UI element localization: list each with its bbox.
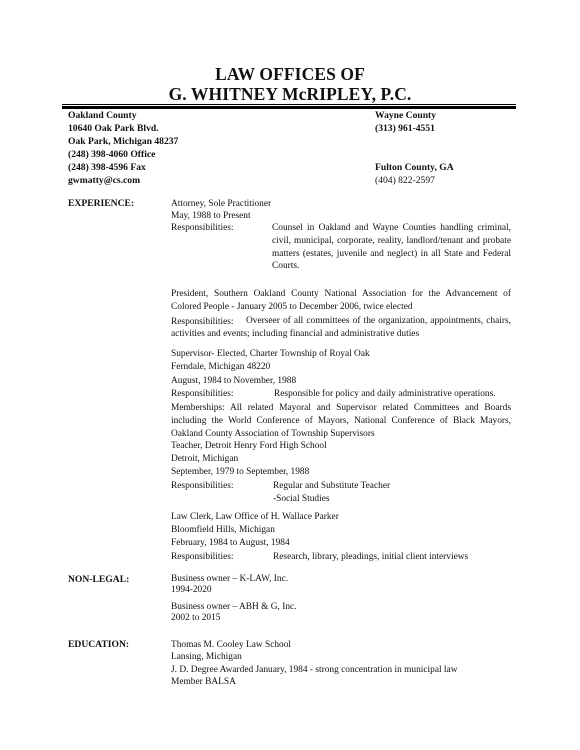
office-phone: (248) 398-4060 Office	[68, 148, 178, 161]
letterhead-title-line2: G. WHITNEY McRIPLEY, P.C.	[0, 84, 580, 105]
responsibilities-text: Regular and Substitute Teacher	[273, 480, 390, 493]
wayne-county-phone: (313) 961-4551	[375, 122, 454, 135]
wayne-county-label: Wayne County	[375, 109, 454, 122]
experience-heading: EXPERIENCE:	[68, 198, 134, 209]
non-legal-entry: Business owner – ABH & G, Inc. 2002 to 2…	[171, 602, 511, 624]
oakland-county-label: Oakland County	[68, 109, 178, 122]
responsibilities-label: Responsibilities:	[171, 551, 273, 564]
entry-location: Bloomfield Hills, Michigan	[171, 524, 511, 537]
responsibilities-label: Responsibilities:	[171, 480, 273, 506]
fulton-county-label: Fulton County, GA	[375, 161, 454, 174]
business-dates: 1994-2020	[171, 585, 511, 596]
entry-location: Detroit, Michigan	[171, 453, 511, 466]
business-title: Business owner – K-LAW, Inc.	[171, 574, 511, 585]
entry-title: Teacher, Detroit Henry Ford High School	[171, 440, 511, 453]
responsibilities-label: Responsibilities:	[171, 388, 274, 401]
degree-text: J. D. Degree Awarded January, 1984 - str…	[171, 664, 531, 676]
experience-entry: President, Southern Oakland County Natio…	[171, 288, 511, 328]
entry-title: Attorney, Sole Practitioner	[171, 198, 511, 210]
entry-title: Supervisor- Elected, Charter Township of…	[171, 348, 511, 361]
header-rule-thin	[62, 104, 516, 105]
business-dates: 2002 to 2015	[171, 613, 511, 624]
entry-dates: September, 1979 to September, 1988	[171, 466, 511, 479]
education-entry: Thomas M. Cooley Law School Lansing, Mic…	[171, 639, 531, 689]
experience-entry: Supervisor- Elected, Charter Township of…	[171, 348, 511, 441]
entry-title: Law Clerk, Law Office of H. Wallace Park…	[171, 511, 511, 524]
contact-right: Wayne County (313) 961-4551 Fulton Count…	[375, 109, 454, 187]
responsibilities-text: Overseer of all committees of the organi…	[171, 315, 511, 341]
fax-number: (248) 398-4596 Fax	[68, 161, 178, 174]
entry-dates: August, 1984 to November, 1988	[171, 375, 511, 388]
entry-location: Ferndale, Michigan 48220	[171, 361, 511, 374]
business-title: Business owner – ABH & G, Inc.	[171, 602, 511, 613]
experience-entry: Teacher, Detroit Henry Ford High School …	[171, 440, 511, 506]
responsibilities-text: Responsible for policy and daily adminis…	[274, 388, 496, 401]
membership-text: Member BALSA	[171, 676, 531, 688]
address-line2: Oak Park, Michigan 48237	[68, 135, 178, 148]
non-legal-entry: Business owner – K-LAW, Inc. 1994-2020	[171, 574, 511, 596]
contact-left: Oakland County 10640 Oak Park Blvd. Oak …	[68, 109, 178, 187]
letterhead-title-line1: LAW OFFICES OF	[0, 64, 580, 85]
responsibilities-label: Responsibilities:	[171, 222, 272, 272]
entry-dates: February, 1984 to August, 1984	[171, 537, 511, 550]
non-legal-heading: NON-LEGAL:	[68, 574, 129, 585]
school-location: Lansing, Michigan	[171, 651, 531, 663]
entry-title: President, Southern Oakland County Natio…	[171, 288, 511, 315]
experience-entry: Law Clerk, Law Office of H. Wallace Park…	[171, 511, 511, 564]
address-line1: 10640 Oak Park Blvd.	[68, 122, 178, 135]
memberships-text: Memberships: All related Mayoral and Sup…	[171, 402, 511, 442]
school-name: Thomas M. Cooley Law School	[171, 639, 531, 651]
responsibilities-text: Counsel in Oakland and Wayne Counties ha…	[272, 222, 511, 272]
responsibilities-text-2: -Social Studies	[273, 493, 390, 506]
entry-dates: May, 1988 to Present	[171, 210, 511, 222]
education-heading: EDUCATION:	[68, 639, 129, 650]
responsibilities-text: Research, library, pleadings, initial cl…	[273, 551, 468, 564]
email-address: gwmatty@cs.com	[68, 174, 178, 187]
fulton-county-phone: (404) 822-2597	[375, 174, 454, 187]
experience-entry: Attorney, Sole Practitioner May, 1988 to…	[171, 198, 511, 273]
